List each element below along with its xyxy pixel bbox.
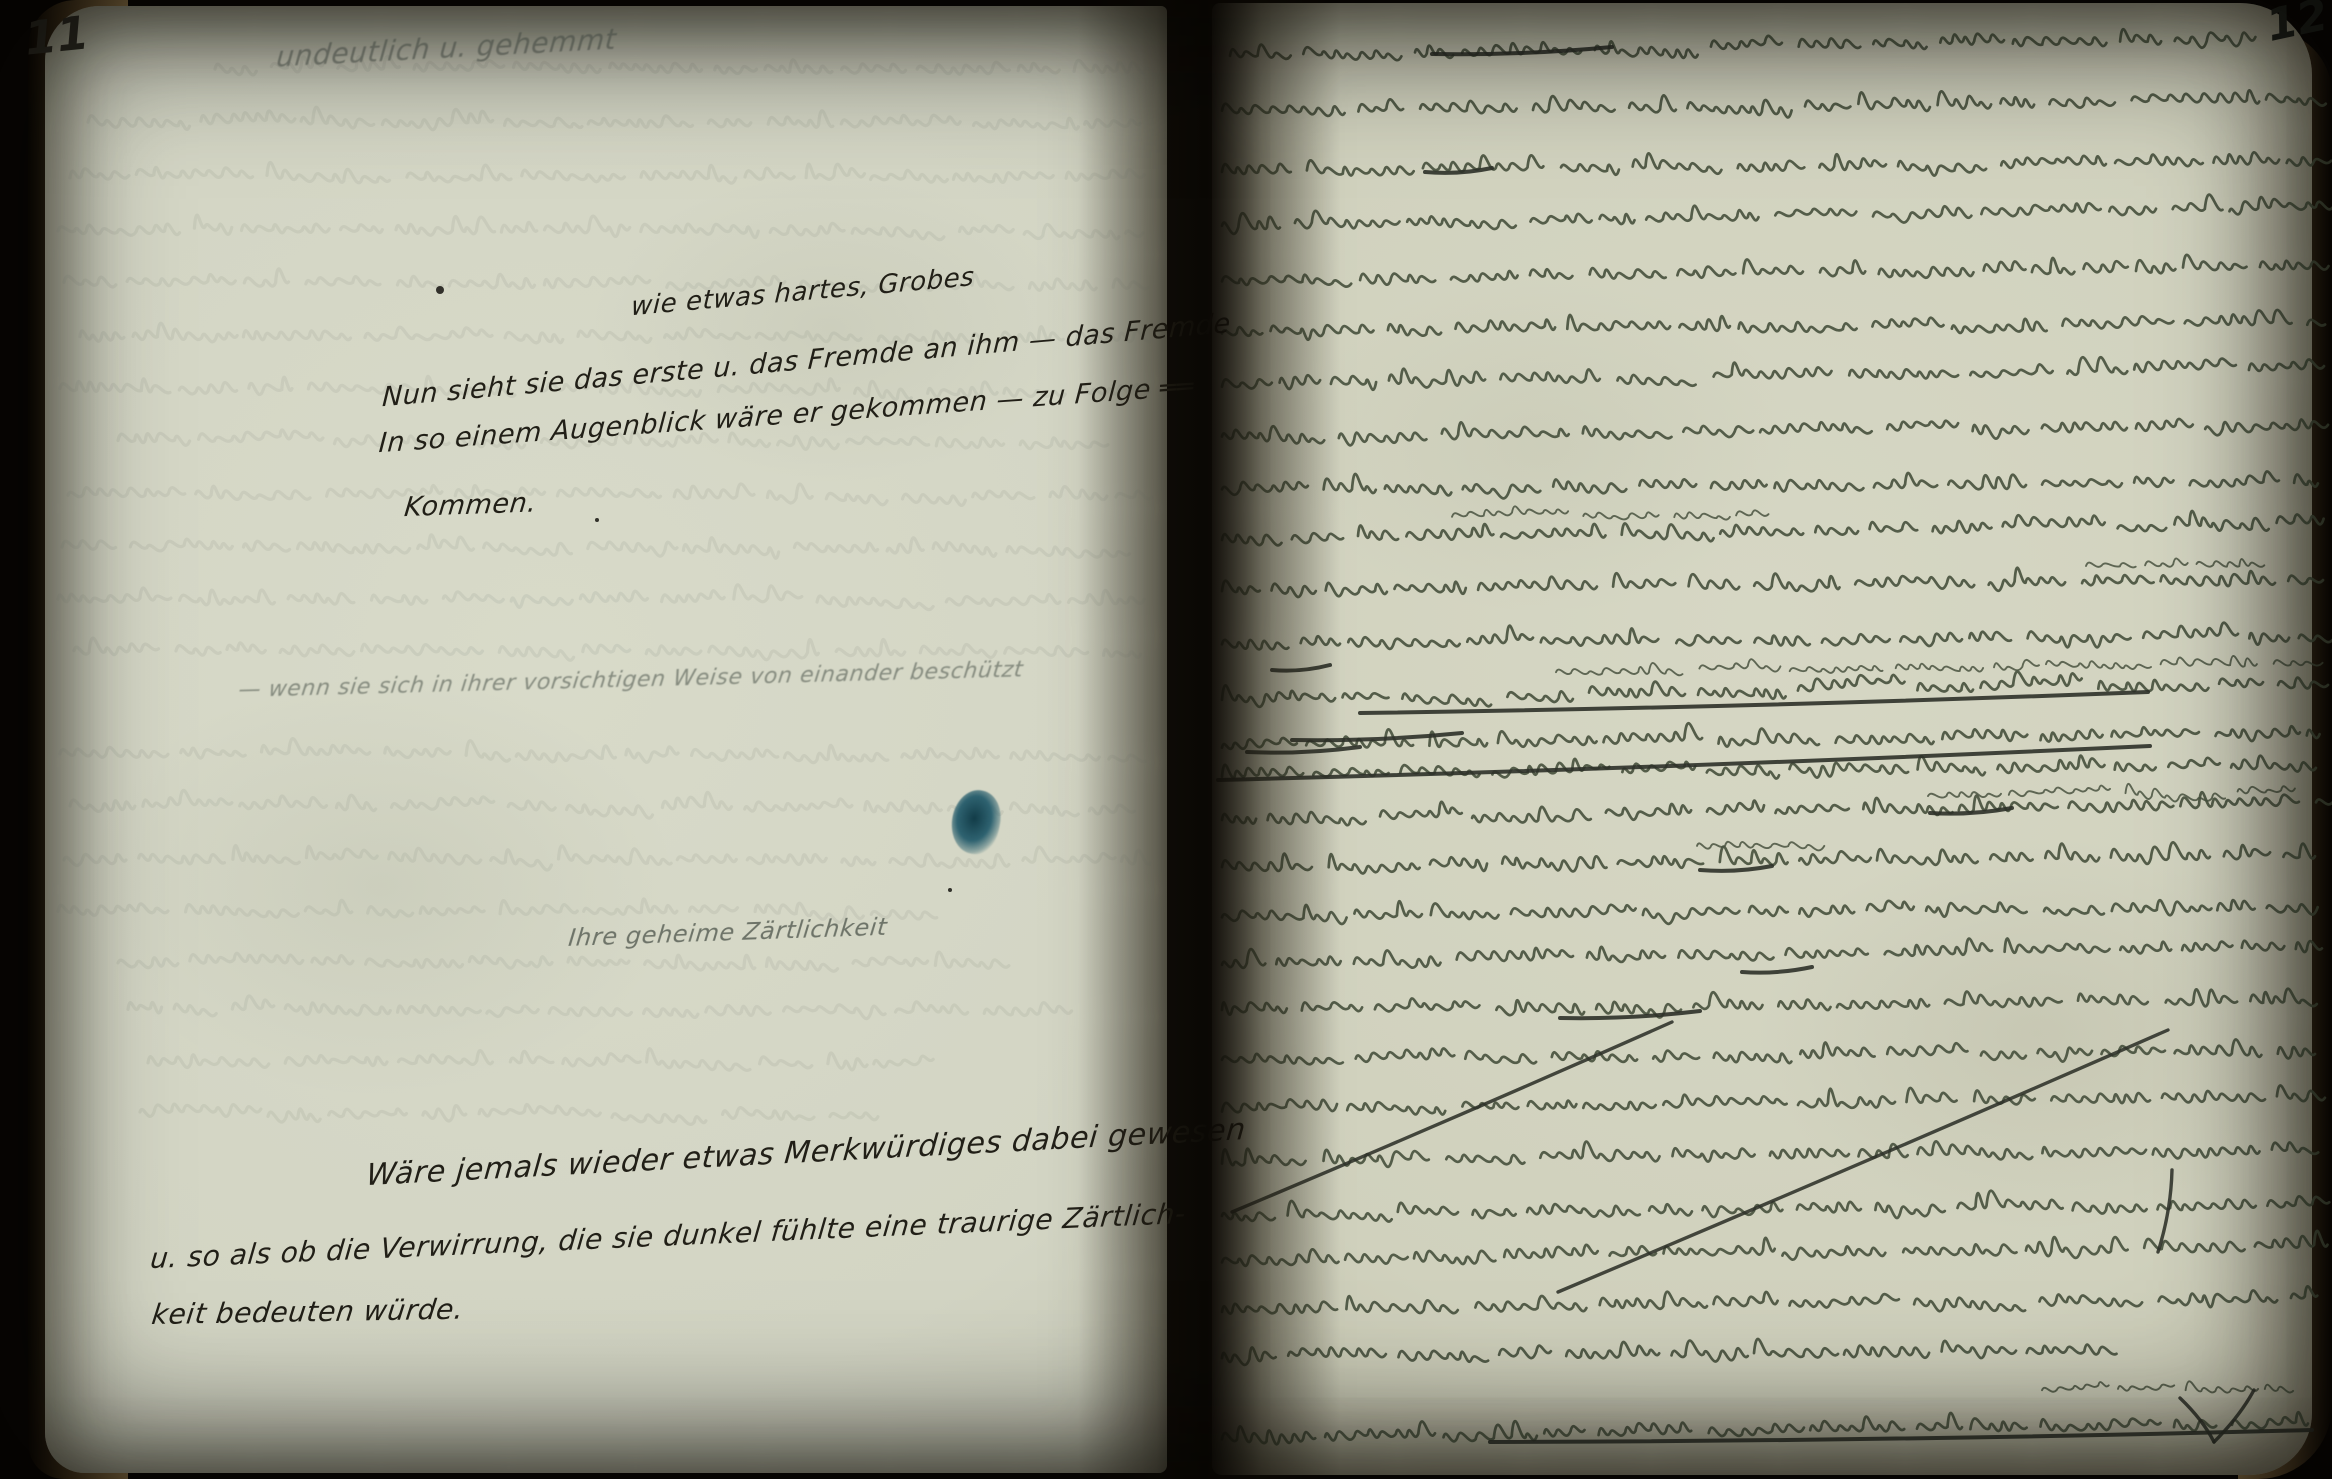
page-number-left: 11: [22, 5, 91, 65]
right-page: [1212, 3, 2312, 1475]
left-page: [45, 6, 1167, 1473]
notebook-scan: undeutlich u. gehemmtwie etwas hartes, G…: [0, 0, 2332, 1479]
page-number-right: 12: [2262, 0, 2332, 52]
